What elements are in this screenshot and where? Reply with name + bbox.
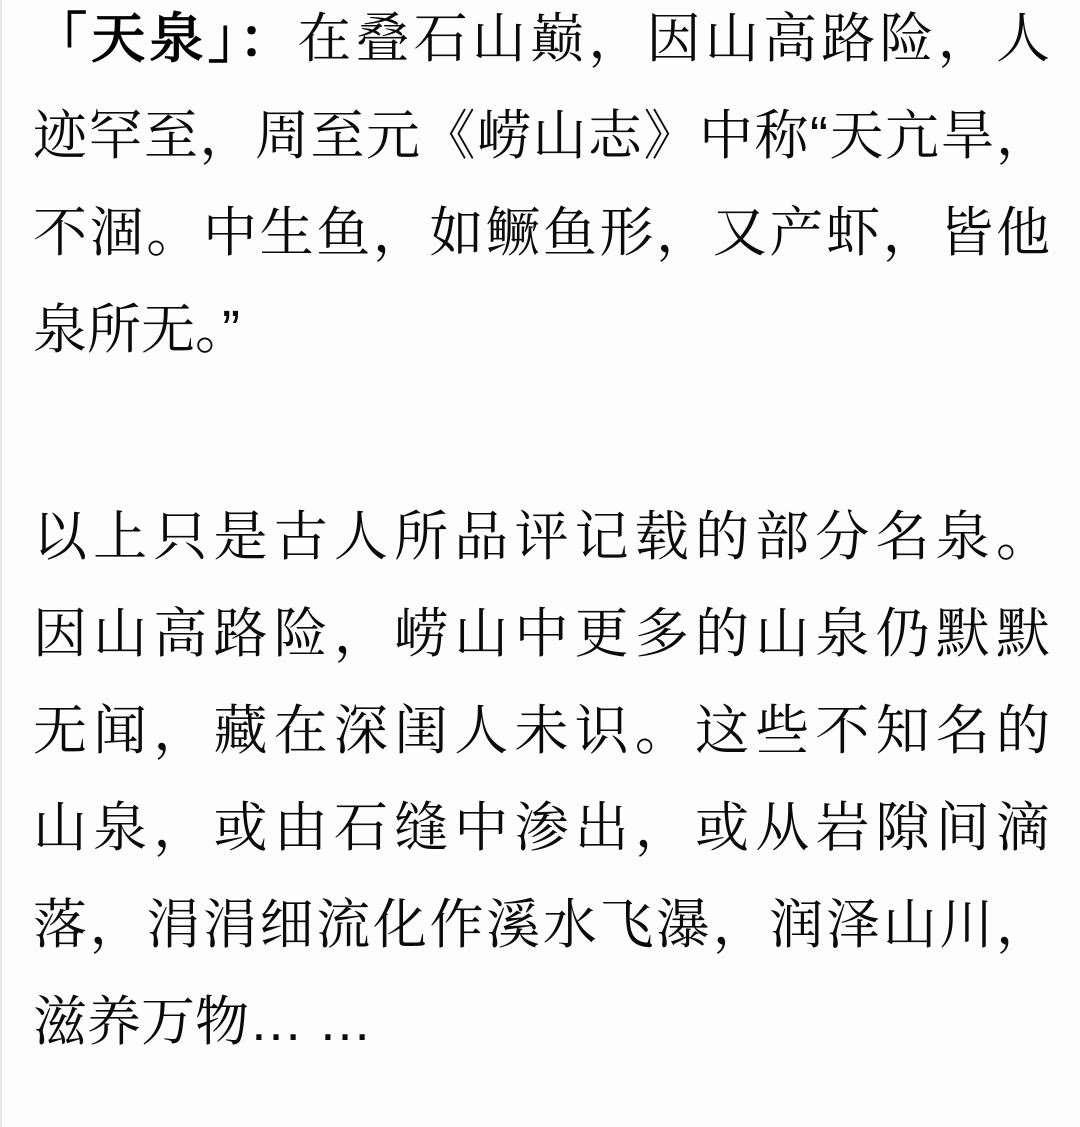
paragraph-lines: 以上只是古人所品评记载的部分名泉。因山高路险，崂山中更多的山泉仍默默无闻，藏在深… — [33, 489, 1050, 1071]
entry-text-start: 在叠石山巅，因山高路险，人 — [297, 9, 1050, 69]
text-line: 迹罕至，周至元《崂山志》中称“天亢旱， — [33, 88, 1050, 185]
text-line: 滋养万物… … — [33, 974, 1050, 1071]
article-body: 「天泉」：在叠石山巅，因山高路险，人 迹罕至，周至元《崂山志》中称“天亢旱，不涸… — [0, 0, 1080, 1071]
text-line: 落，涓涓细流化作溪水飞瀑，润泽山川， — [33, 877, 1050, 974]
text-line: 山泉，或由石缝中渗出，或从岩隙间滴 — [33, 780, 1050, 877]
paragraph-summary: 以上只是古人所品评记载的部分名泉。因山高路险，崂山中更多的山泉仍默默无闻，藏在深… — [33, 489, 1050, 1071]
article-page: 「天泉」：在叠石山巅，因山高路险，人 迹罕至，周至元《崂山志》中称“天亢旱，不涸… — [0, 0, 1080, 1127]
text-line: 因山高路险，崂山中更多的山泉仍默默 — [33, 586, 1050, 683]
text-line: 泉所无。” — [33, 282, 1050, 379]
text-line: 不涸。中生鱼，如鳜鱼形，又产虾，皆他 — [33, 185, 1050, 282]
text-line: 以上只是古人所品评记载的部分名泉。 — [33, 489, 1050, 586]
text-line: 无闻，藏在深闺人未识。这些不知名的 — [33, 683, 1050, 780]
entry-term-tianquan: 「天泉」： — [33, 9, 297, 69]
paragraph-tianquan-entry: 「天泉」：在叠石山巅，因山高路险，人 迹罕至，周至元《崂山志》中称“天亢旱，不涸… — [33, 0, 1050, 379]
paragraph-lines: 迹罕至，周至元《崂山志》中称“天亢旱，不涸。中生鱼，如鳜鱼形，又产虾，皆他泉所无… — [33, 88, 1050, 379]
text-line: 「天泉」：在叠石山巅，因山高路险，人 — [33, 0, 1050, 88]
